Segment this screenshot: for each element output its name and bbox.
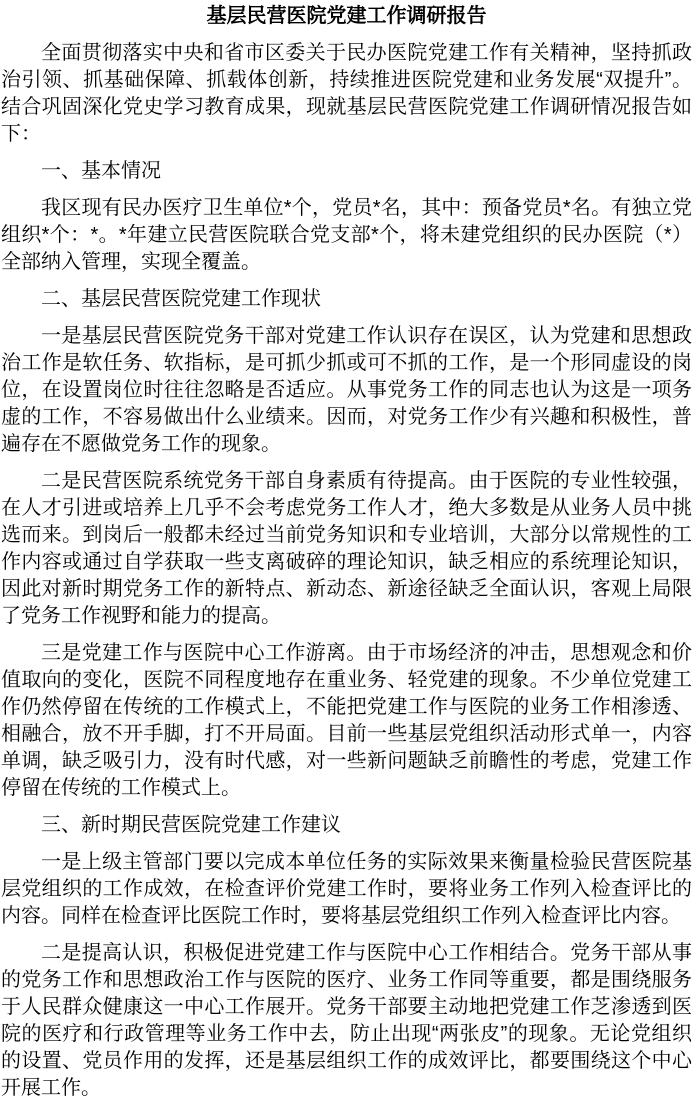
status-point-2-paragraph: 二是民营医院系统党务干部自身素质有待提高。由于医院的专业性较强，在人才引进或培养… [1, 468, 692, 630]
status-point-1-paragraph: 一是基层民营医院党务干部对党建工作认识存在误区，认为党建和思想政治工作是软任务、… [1, 323, 692, 458]
suggestion-point-1-paragraph: 一是上级主管部门要以完成本单位任务的实际效果来衡量检验民营医院基层党组织的工作成… [1, 849, 692, 930]
section-heading-current-status: 二、基层民营医院党建工作现状 [1, 286, 692, 313]
intro-paragraph: 全面贯彻落实中央和省市区委关于民办医院党建工作有关精神，坚持抓政治引领、抓基础保… [1, 40, 692, 148]
status-point-3-paragraph: 三是党建工作与医院中心工作游离。由于市场经济的冲击，思想观念和价值取向的变化，医… [1, 640, 692, 802]
document-page: 基层民营医院党建工作调研报告 全面贯彻落实中央和省市区委关于民办医院党建工作有关… [0, 0, 693, 1110]
report-title: 基层民营医院党建工作调研报告 [1, 2, 692, 30]
basic-situation-paragraph: 我区现有民办医疗卫生单位*个，党员*名，其中：预备党员*名。有独立党组织*个：*… [1, 195, 692, 276]
section-heading-basic-situation: 一、基本情况 [1, 158, 692, 185]
suggestion-point-2-paragraph: 二是提高认识，积极促进党建工作与医院中心工作相结合。党务干部从事的党务工作和思想… [1, 940, 692, 1102]
section-heading-suggestions: 三、新时期民营医院党建工作建议 [1, 812, 692, 839]
